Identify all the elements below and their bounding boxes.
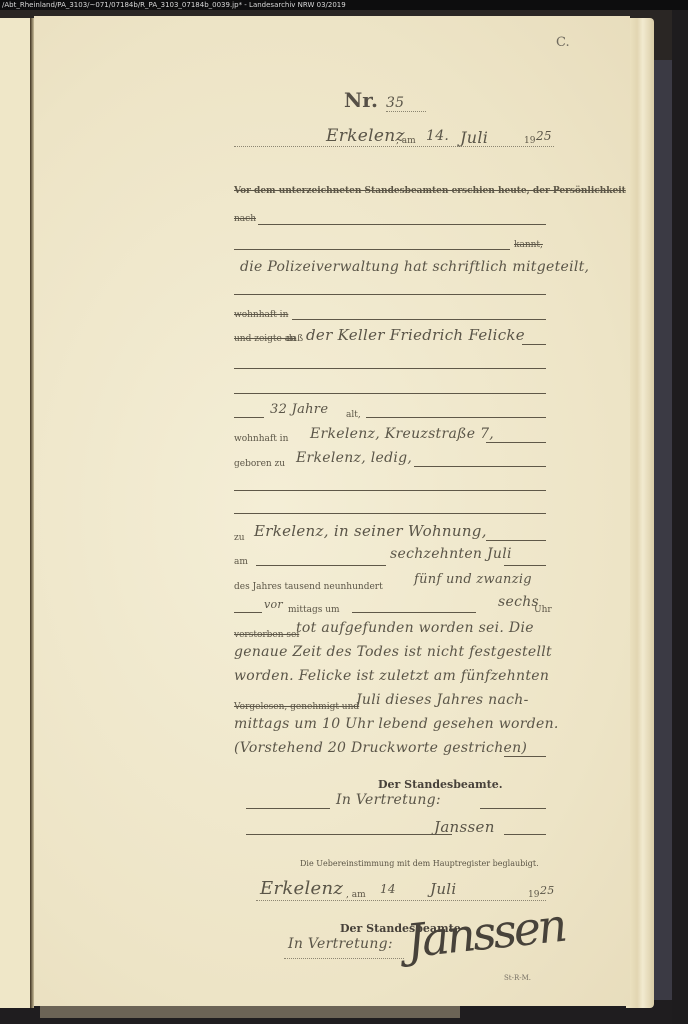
deceased-name: der Keller Friedrich Felicke xyxy=(306,326,525,344)
cert-date-line xyxy=(256,900,546,901)
place-handwritten: Erkelenz xyxy=(326,126,405,146)
year-words-handwritten: fünf und zwanzig xyxy=(414,572,532,587)
form-line xyxy=(480,808,546,809)
time-value-handwritten: sechs xyxy=(498,594,539,610)
form-line xyxy=(234,393,546,394)
date-day: 14. xyxy=(426,128,449,144)
death-place-handwritten: Erkelenz, in seiner Wohnung, xyxy=(254,522,487,540)
date-month: Juli xyxy=(460,128,488,147)
number-value: 35 xyxy=(386,95,426,112)
bottom-cover-tab xyxy=(40,1004,460,1018)
form-line xyxy=(234,294,546,295)
form-line xyxy=(352,612,476,613)
year-label: des Jahres tausend neunhundert xyxy=(234,582,383,592)
death-register-page: C. Nr.35 Erkelenz , am 14. Juli 19 25 Vo… xyxy=(34,16,630,1006)
uhr-label: Uhr xyxy=(534,605,552,615)
form-line xyxy=(522,344,546,345)
form-line xyxy=(234,368,546,369)
year-prefix: 19 xyxy=(524,136,535,146)
zu-label: zu xyxy=(234,533,245,543)
form-line xyxy=(246,834,452,835)
form-line xyxy=(504,565,546,566)
cert-place: Erkelenz xyxy=(260,878,343,899)
form-line xyxy=(366,417,546,418)
time-label: mittags um xyxy=(288,605,340,615)
note-line-5: mittags um 10 Uhr lebend gesehen worden. xyxy=(234,716,559,732)
window-title: /Abt_Rheinland/PA_3103/~071/07184b/R_PA_… xyxy=(2,1,346,9)
note-line-1: tot aufgefunden worden sei. Die xyxy=(296,620,534,636)
form-stamp: St-R-M. xyxy=(504,974,531,982)
form-line xyxy=(234,490,546,491)
cert-year-suffix: 25 xyxy=(540,884,555,897)
cert-signature: Janssen xyxy=(404,898,567,968)
form-line xyxy=(234,417,264,418)
year-suffix: 25 xyxy=(536,129,552,143)
form-line xyxy=(486,442,546,443)
window-title-bar: /Abt_Rheinland/PA_3103/~071/07184b/R_PA_… xyxy=(0,0,688,10)
note-line-2: genaue Zeit des Todes ist nicht festgest… xyxy=(234,644,552,660)
struck-kannt: kannt, xyxy=(514,240,543,250)
certification-text: Die Uebereinstimmung mit dem Hauptregist… xyxy=(300,859,539,868)
date-label: , am xyxy=(396,136,416,146)
age-label: alt, xyxy=(346,410,361,420)
struck-vorgelesen: Vorgelesen, genehmigt und xyxy=(234,702,359,712)
death-date-handwritten: sechzehnten Juli xyxy=(390,546,512,562)
residence-label: wohnhaft in xyxy=(234,434,288,444)
form-line xyxy=(234,249,510,250)
dass-label: daß xyxy=(286,334,303,344)
cert-day: 14 xyxy=(380,882,396,896)
cert-month: Juli xyxy=(430,880,456,898)
note-line-3: worden. Felicke ist zuletzt am fünfzehnt… xyxy=(234,668,549,684)
residence-handwritten: Erkelenz, Kreuzstraße 7, xyxy=(310,426,494,442)
cert-deputy-line xyxy=(284,958,404,959)
struck-wohnhaft: wohnhaft in xyxy=(234,310,288,320)
cert-deputy: In Vertretung: xyxy=(288,936,393,952)
age-handwritten: 32 Jahre xyxy=(270,402,328,417)
note-line-6: (Vorstehend 20 Druckworte gestrichen) xyxy=(234,740,527,756)
form-line xyxy=(256,565,386,566)
born-handwritten: Erkelenz, ledig, xyxy=(296,450,412,466)
cert-year-prefix: 19 xyxy=(528,890,539,900)
date-line xyxy=(234,146,554,147)
form-line xyxy=(258,224,546,225)
struck-verstorben: verstorben sei xyxy=(234,630,299,640)
book-cover-edge xyxy=(672,10,688,1024)
number-label: Nr. xyxy=(344,88,378,112)
form-line xyxy=(246,808,330,809)
corner-mark: C. xyxy=(556,35,570,50)
form-line xyxy=(234,513,546,514)
form-line xyxy=(504,756,546,757)
am-label: am xyxy=(234,557,248,567)
form-line xyxy=(414,466,546,467)
page-stack-edge xyxy=(626,18,654,1008)
official-signature: Janssen xyxy=(434,818,495,836)
cert-date-label: , am xyxy=(346,890,366,900)
official-deputy: In Vertretung: xyxy=(336,792,441,808)
form-line xyxy=(292,319,546,320)
form-line xyxy=(504,834,546,835)
struck-nach: nach xyxy=(234,214,256,224)
informant-handwritten: die Polizeiverwaltung hat schriftlich mi… xyxy=(240,259,589,275)
born-label: geboren zu xyxy=(234,459,285,469)
entry-number: Nr.35 xyxy=(344,88,426,112)
time-prefix-handwritten: vor xyxy=(264,598,283,611)
left-page-edge xyxy=(0,18,32,1008)
struck-intro: Vor dem unterzeichneten Standesbeamten e… xyxy=(234,186,626,196)
note-line-4: Juli dieses Jahres nach- xyxy=(356,692,529,708)
form-line xyxy=(486,540,546,541)
official-label: Der Standesbeamte. xyxy=(378,778,503,791)
form-line xyxy=(234,612,262,613)
